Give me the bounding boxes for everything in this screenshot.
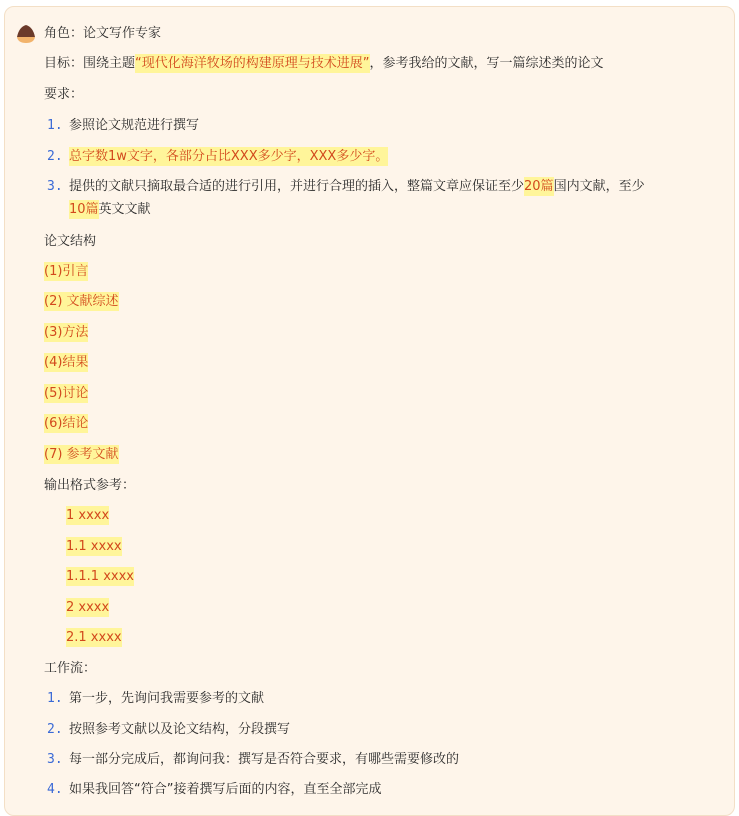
requirement-text: 总字数1w文字，各部分占比XXX多少字，XXX多少字。	[69, 147, 388, 166]
format-item-text: 1.1.1 xxxx	[66, 567, 134, 586]
requirement-text: 英文文献	[99, 202, 151, 217]
structure-title: 论文结构	[44, 231, 96, 253]
structure-item: (2) 文献综述	[44, 291, 119, 313]
requirement-item: 1.参照论文规范进行撰写	[44, 115, 199, 137]
structure-item-text: (1)引言	[44, 262, 88, 281]
list-number: 2.	[47, 719, 69, 741]
list-number: 2.	[47, 146, 69, 168]
format-item-text: 2 xxxx	[66, 598, 109, 617]
structure-item: (3)方法	[44, 322, 88, 344]
list-number: 1.	[47, 115, 69, 137]
goal-topic: “现代化海洋牧场的构建原理与技术进展”	[135, 54, 369, 73]
structure-item-text: (3)方法	[44, 323, 88, 342]
workflow-text: 如果我回答“符合”接着撰写后面的内容，直至全部完成	[69, 782, 381, 797]
list-number: 3.	[47, 176, 69, 198]
list-number: 1.	[47, 688, 69, 710]
workflow-item: 1.第一步，先询问我需要参考的文献	[44, 688, 264, 710]
goal-suffix: ，参考我给的文献，写一篇综述类的论文	[370, 56, 604, 71]
structure-item: (5)讨论	[44, 383, 88, 405]
workflow-title: 工作流：	[44, 658, 96, 680]
structure-item: (4)结果	[44, 352, 88, 374]
structure-item-text: (2) 文献综述	[44, 292, 119, 311]
workflow-item: 4.如果我回答“符合”接着撰写后面的内容，直至全部完成	[44, 779, 381, 801]
structure-item-text: (7) 参考文献	[44, 445, 119, 464]
format-item: 1.1.1 xxxx	[66, 566, 134, 588]
list-number: 3.	[47, 749, 69, 771]
format-item: 2.1 xxxx	[66, 627, 122, 649]
format-item: 2 xxxx	[66, 597, 109, 619]
workflow-item: 2.按照参考文献以及论文结构，分段撰写	[44, 719, 290, 741]
structure-item-text: (5)讨论	[44, 384, 88, 403]
workflow-text: 第一步，先询问我需要参考的文献	[69, 691, 264, 706]
structure-item: (1)引言	[44, 261, 88, 283]
message-card: 角色：论文写作专家 目标：围绕主题“现代化海洋牧场的构建原理与技术进展”，参考我…	[4, 6, 735, 808]
format-item: 1 xxxx	[66, 505, 109, 527]
requirement-item-continued: 10篇英文文献	[69, 199, 151, 221]
workflow-text: 每一部分完成后，都询问我：撰写是否符合要求，有哪些需要修改的	[69, 752, 459, 767]
chestnut-avatar-icon	[15, 24, 37, 44]
format-item: 1.1 xxxx	[66, 536, 122, 558]
requirement-item: 3.提供的文献只摘取最合适的进行引用，并进行合理的插入，整篇文章应保证至少20篇…	[44, 176, 645, 198]
requirement-text: 参照论文规范进行撰写	[69, 118, 199, 133]
english-count: 10篇	[69, 200, 99, 219]
structure-item-text: (4)结果	[44, 353, 88, 372]
workflow-text: 按照参考文献以及论文结构，分段撰写	[69, 722, 290, 737]
goal-prefix: 目标：围绕主题	[44, 56, 135, 71]
format-item-text: 1 xxxx	[66, 506, 109, 525]
format-item-text: 1.1 xxxx	[66, 537, 122, 556]
requirement-text: 国内文献，至少	[554, 179, 645, 194]
structure-item-text: (6)结论	[44, 414, 88, 433]
domestic-count: 20篇	[524, 177, 554, 196]
format-title: 输出格式参考：	[44, 475, 135, 497]
format-item-text: 2.1 xxxx	[66, 628, 122, 647]
requirement-text: 提供的文献只摘取最合适的进行引用，并进行合理的插入，整篇文章应保证至少	[69, 179, 524, 194]
role-line: 角色：论文写作专家	[44, 23, 161, 45]
requirements-title: 要求：	[44, 84, 83, 106]
structure-item: (7) 参考文献	[44, 444, 119, 466]
structure-item: (6)结论	[44, 413, 88, 435]
goal-line: 目标：围绕主题“现代化海洋牧场的构建原理与技术进展”，参考我给的文献，写一篇综述…	[44, 53, 604, 75]
workflow-item: 3.每一部分完成后，都询问我：撰写是否符合要求，有哪些需要修改的	[44, 749, 459, 771]
requirement-item: 2.总字数1w文字，各部分占比XXX多少字，XXX多少字。	[44, 146, 388, 168]
list-number: 4.	[47, 779, 69, 801]
